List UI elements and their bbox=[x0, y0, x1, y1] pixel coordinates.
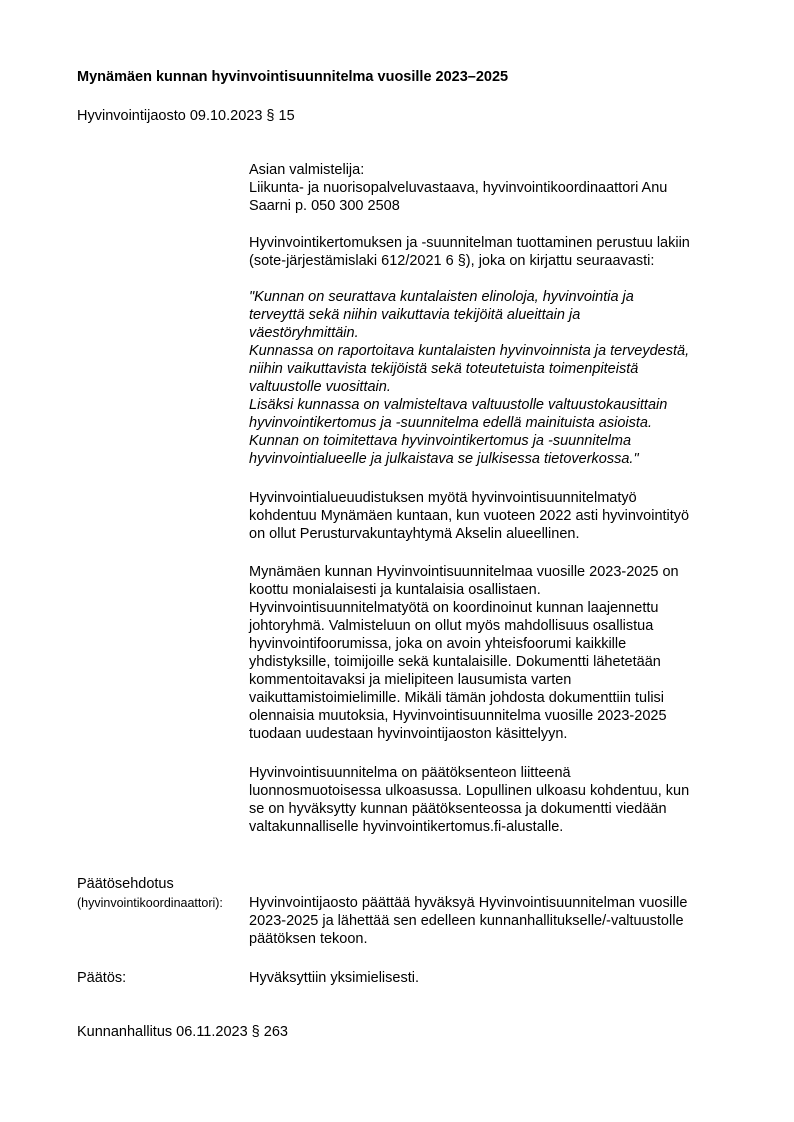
decision-label: Päätös: bbox=[77, 969, 126, 987]
paragraph-line: kohdentuu Mynämäen kuntaan, kun vuoteen … bbox=[249, 507, 729, 525]
reform-paragraph: Hyvinvointialueuudistuksen myötä hyvinvo… bbox=[249, 489, 729, 543]
proposal-label: Päätösehdotus bbox=[77, 875, 174, 893]
quote-line: Lisäksi kunnassa on valmisteltava valtuu… bbox=[249, 396, 729, 414]
proposal-line: Hyvinvointijaosto päättää hyväksyä Hyvin… bbox=[249, 894, 729, 912]
proposal-line: 2023-2025 ja lähettää sen edelleen kunna… bbox=[249, 912, 729, 930]
proposal-line: päätöksen tekoon. bbox=[249, 930, 729, 948]
proposal-sublabel: (hyvinvointikoordinaattori): bbox=[77, 894, 223, 912]
paragraph-line: se on hyväksytty kunnan päätöksenteossa … bbox=[249, 800, 729, 818]
preparer-block: Asian valmistelija: Liikunta- ja nuoriso… bbox=[249, 161, 729, 215]
quote-line: valtuustolle vuosittain. bbox=[249, 378, 729, 396]
quote-line: "Kunnan on seurattava kuntalaisten elino… bbox=[249, 288, 729, 306]
paragraph-line: vaikuttamistoimielimille. Mikäli tämän j… bbox=[249, 689, 729, 707]
law-quote: "Kunnan on seurattava kuntalaisten elino… bbox=[249, 288, 729, 468]
document-title: Mynämäen kunnan hyvinvointisuunnitelma v… bbox=[77, 68, 508, 86]
paragraph-line: Hyvinvointialueuudistuksen myötä hyvinvo… bbox=[249, 489, 729, 507]
paragraph-line: johtoryhmä. Valmisteluun on ollut myös m… bbox=[249, 617, 729, 635]
meeting-heading-kunnanhallitus: Kunnanhallitus 06.11.2023 § 263 bbox=[77, 1023, 288, 1041]
decision-text: Hyväksyttiin yksimielisesti. bbox=[249, 969, 729, 987]
paragraph-line: hyvinvointifoorumissa, joka on avoin yht… bbox=[249, 635, 729, 653]
decision-line: Hyväksyttiin yksimielisesti. bbox=[249, 969, 729, 987]
attachment-paragraph: Hyvinvointisuunnitelma on päätöksenteon … bbox=[249, 764, 729, 836]
paragraph-line: Hyvinvointisuunnitelmatyötä on koordinoi… bbox=[249, 599, 729, 617]
paragraph-line: on ollut Perusturvakuntayhtymä Akselin a… bbox=[249, 525, 729, 543]
quote-line: Kunnan on toimitettava hyvinvointikertom… bbox=[249, 432, 729, 450]
paragraph-line: (sote-järjestämislaki 612/2021 6 §), jok… bbox=[249, 252, 729, 270]
quote-line: niihin vaikuttavista tekijöistä sekä tot… bbox=[249, 360, 729, 378]
paragraph-line: koottu monialaisesti ja kuntalaisia osal… bbox=[249, 581, 729, 599]
paragraph-line: valtakunnalliselle hyvinvointikertomus.f… bbox=[249, 818, 729, 836]
quote-line: väestöryhmittäin. bbox=[249, 324, 729, 342]
paragraph-line: kommentoitavaksi ja mielipiteen lausumis… bbox=[249, 671, 729, 689]
meeting-heading-hyvinvointijaosto: Hyvinvointijaosto 09.10.2023 § 15 bbox=[77, 107, 295, 125]
law-paragraph: Hyvinvointikertomuksen ja -suunnitelman … bbox=[249, 234, 729, 270]
paragraph-line: yhdistyksille, toimijoille sekä kuntalai… bbox=[249, 653, 729, 671]
preparer-line: Saarni p. 050 300 2508 bbox=[249, 197, 729, 215]
paragraph-line: luonnosmuotoisessa ulkoasussa. Lopulline… bbox=[249, 782, 729, 800]
plan-paragraph: Mynämäen kunnan Hyvinvointisuunnitelmaa … bbox=[249, 563, 729, 743]
quote-line: hyvinvointialueelle ja julkaistava se ju… bbox=[249, 450, 729, 468]
preparer-line: Liikunta- ja nuorisopalveluvastaava, hyv… bbox=[249, 179, 729, 197]
paragraph-line: tuodaan uudestaan hyvinvointijaoston käs… bbox=[249, 725, 729, 743]
quote-line: hyvinvointikertomus ja -suunnitelma edel… bbox=[249, 414, 729, 432]
quote-line: Kunnassa on raportoitava kuntalaisten hy… bbox=[249, 342, 729, 360]
paragraph-line: Hyvinvointikertomuksen ja -suunnitelman … bbox=[249, 234, 729, 252]
paragraph-line: olennaisia muutoksia, Hyvinvointisuunnit… bbox=[249, 707, 729, 725]
proposal-text: Hyvinvointijaosto päättää hyväksyä Hyvin… bbox=[249, 894, 729, 948]
paragraph-line: Hyvinvointisuunnitelma on päätöksenteon … bbox=[249, 764, 729, 782]
preparer-line: Asian valmistelija: bbox=[249, 161, 729, 179]
paragraph-line: Mynämäen kunnan Hyvinvointisuunnitelmaa … bbox=[249, 563, 729, 581]
quote-line: terveyttä sekä niihin vaikuttavia tekijö… bbox=[249, 306, 729, 324]
document-page: Mynämäen kunnan hyvinvointisuunnitelma v… bbox=[0, 0, 794, 1122]
